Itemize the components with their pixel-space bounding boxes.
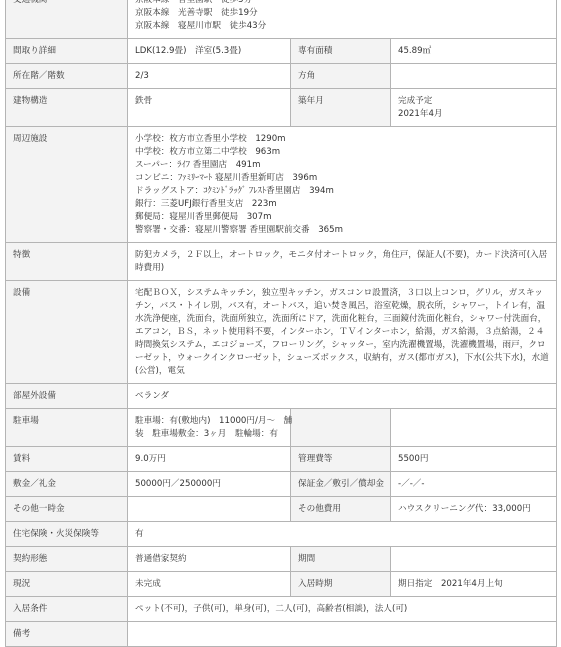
table-row-contract: 契約形態 普通借家契約 期間 [6,547,557,572]
value-guarantee: -／-／- [391,472,557,497]
nearby-item: 銀行：三菱UFJ銀行香里支店 223m [135,198,549,211]
label-period: 期間 [291,547,391,572]
nearby-item: 中学校：枚方市立第二中学校 963m [135,146,549,159]
table-row-structure: 建物構造 鉄骨 築年月 完成予定 2021年4月 [6,89,557,127]
label-status: 現況 [6,572,128,597]
value-access: 京阪本線 香里園駅 徒歩5分 京阪本線 光善寺駅 徒歩19分 京阪本線 寝屋川市… [128,0,557,39]
value-deposit: 50000円／250000円 [128,472,291,497]
table-row-other-onetime: その他一時金 その他費用 ハウスクリーニング代：33,000円 [6,497,557,522]
value-direction [391,64,557,89]
value-parking-right [391,409,557,447]
value-period [391,547,557,572]
nearby-item: スーパー：ﾗｲﾌ 香里園店 491m [135,159,549,172]
table-row-status: 現況 未完成 入居時期 期日指定 2021年4月上旬 [6,572,557,597]
property-detail-table-wrapper: 交通機関 京阪本線 香里園駅 徒歩5分 京阪本線 光善寺駅 徒歩19分 京阪本線… [5,0,556,600]
built-line: 2021年4月 [398,108,549,121]
value-other-onetime [128,497,291,522]
table-row-access: 交通機関 京阪本線 香里園駅 徒歩5分 京阪本線 光善寺駅 徒歩19分 京阪本線… [6,0,557,39]
label-other-cost: その他費用 [291,497,391,522]
nearby-item: 警察署・交番：寝屋川警察署 香里園駅前交番 365m [135,224,549,237]
value-parking: 駐車場：有(敷地内) 11000円/月～ 舗 装 駐車場敷金：3ヶ月 駐輪場：有 [128,409,291,447]
label-conditions: 入居条件 [6,597,128,601]
label-area: 専有面積 [291,39,391,64]
table-row-equipment: 設備 宅配ＢＯＸ，システムキッチン，独立型キッチン，ガスコンロ設置済，３口以上コ… [6,281,557,384]
label-built: 築年月 [291,89,391,127]
value-management: 5500円 [391,447,557,472]
value-area: 45.89㎡ [391,39,557,64]
label-rent: 賃料 [6,447,128,472]
value-nearby: 小学校：枚方市立香里小学校 1290m 中学校：枚方市立第二中学校 963m ス… [128,127,557,243]
nearby-item: ドラッグストア：ｺｸﾐﾝﾄﾞﾗｯｸﾞ ﾌﾚｽﾄ香里園店 394m [135,185,549,198]
label-move-in: 入居時期 [291,572,391,597]
access-line: 京阪本線 寝屋川市駅 徒歩43分 [135,20,549,33]
label-insurance: 住宅保険・火災保険等 [6,522,128,547]
label-access: 交通機関 [6,0,128,39]
table-row-outdoor: 部屋外設備 ベランダ [6,384,557,409]
table-row-nearby: 周辺施設 小学校：枚方市立香里小学校 1290m 中学校：枚方市立第二中学校 9… [6,127,557,243]
table-row-deposit: 敷金／礼金 50000円／250000円 保証金／敷引／償却金 -／-／- [6,472,557,497]
label-floor: 所在階／階数 [6,64,128,89]
value-layout: LDK(12.9畳) 洋室(5.3畳) [128,39,291,64]
value-conditions: ペット(不可)，子供(可)，単身(可)，二人(可)，高齢者(相談)，法人(可) [128,597,557,601]
label-deposit: 敷金／礼金 [6,472,128,497]
table-row-conditions: 入居条件 ペット(不可)，子供(可)，単身(可)，二人(可)，高齢者(相談)，法… [6,597,557,601]
value-equipment: 宅配ＢＯＸ，システムキッチン，独立型キッチン，ガスコンロ設置済，３口以上コンロ，… [128,281,557,384]
nearby-item: 小学校：枚方市立香里小学校 1290m [135,133,549,146]
label-management: 管理費等 [291,447,391,472]
nearby-item: コンビニ：ﾌｧﾐﾘｰﾏｰﾄ 寝屋川香里新町店 396m [135,172,549,185]
value-structure: 鉄骨 [128,89,291,127]
value-built: 完成予定 2021年4月 [391,89,557,127]
value-floor: 2/3 [128,64,291,89]
value-status: 未完成 [128,572,291,597]
parking-line: 装 駐車場敷金：3ヶ月 駐輪場：有 [135,428,283,441]
label-other-onetime: その他一時金 [6,497,128,522]
label-equipment: 設備 [6,281,128,384]
label-layout: 間取り詳細 [6,39,128,64]
table-row-rent: 賃料 9.0万円 管理費等 5500円 [6,447,557,472]
label-outdoor: 部屋外設備 [6,384,128,409]
value-features: 防犯カメラ，２Ｆ以上，オートロック，モニタ付オートロック，角住戸，保証人(不要)… [128,243,557,281]
access-line: 京阪本線 光善寺駅 徒歩19分 [135,7,549,20]
table-row-layout: 間取り詳細 LDK(12.9畳) 洋室(5.3畳) 専有面積 45.89㎡ [6,39,557,64]
nearby-item: 郵便局：寝屋川香里郵便局 307m [135,211,549,224]
table-row-features: 特徴 防犯カメラ，２Ｆ以上，オートロック，モニタ付オートロック，角住戸，保証人(… [6,243,557,281]
property-detail-table: 交通機関 京阪本線 香里園駅 徒歩5分 京阪本線 光善寺駅 徒歩19分 京阪本線… [5,0,557,600]
value-contract: 普通借家契約 [128,547,291,572]
label-features: 特徴 [6,243,128,281]
parking-line: 駐車場：有(敷地内) 11000円/月～ 舗 [135,415,283,428]
value-insurance: 有 [128,522,557,547]
label-contract: 契約形態 [6,547,128,572]
label-structure: 建物構造 [6,89,128,127]
built-line: 完成予定 [398,95,549,108]
value-outdoor: ベランダ [128,384,557,409]
label-parking: 駐車場 [6,409,128,447]
table-row-floor: 所在階／階数 2/3 方角 [6,64,557,89]
access-line: 京阪本線 香里園駅 徒歩5分 [135,0,549,7]
value-move-in: 期日指定 2021年4月上旬 [391,572,557,597]
label-nearby: 周辺施設 [6,127,128,243]
label-parking-right [291,409,391,447]
table-row-parking: 駐車場 駐車場：有(敷地内) 11000円/月～ 舗 装 駐車場敷金：3ヶ月 駐… [6,409,557,447]
label-direction: 方角 [291,64,391,89]
table-row-insurance: 住宅保険・火災保険等 有 [6,522,557,547]
value-other-cost: ハウスクリーニング代：33,000円 [391,497,557,522]
value-rent: 9.0万円 [128,447,291,472]
label-guarantee: 保証金／敷引／償却金 [291,472,391,497]
